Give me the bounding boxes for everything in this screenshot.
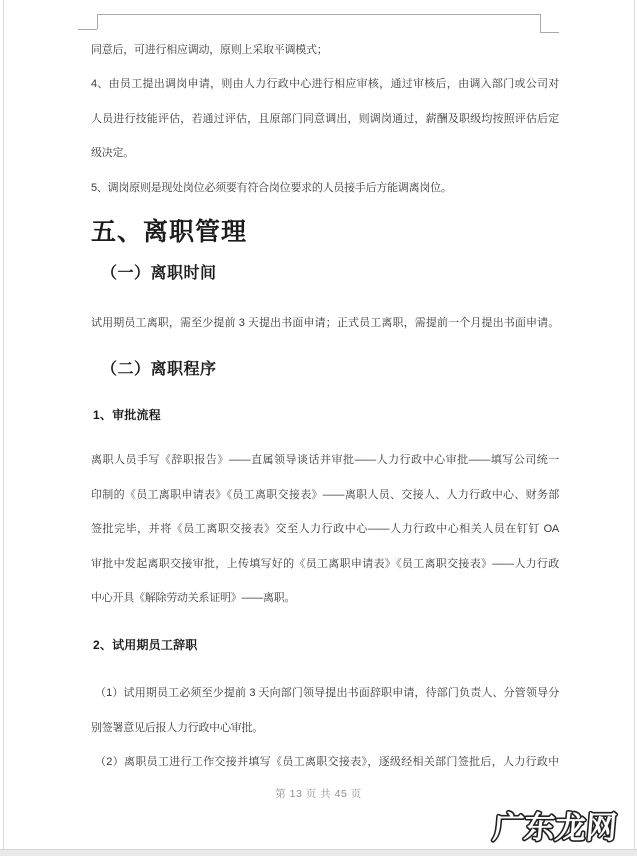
page-footer: 第 13 页 共 45 页 bbox=[0, 786, 637, 801]
heading-resignation-time: （一）离职时间 bbox=[101, 263, 559, 285]
text-boundary-corner-left-v bbox=[97, 14, 98, 29]
text-line: 人员进行技能评估，若通过评估，且原部门同意调出，则调岗通过，薪酬及职级均按照评估… bbox=[91, 102, 559, 136]
heading-approval-process: 1、审批流程 bbox=[93, 407, 559, 424]
para-probation-resignation-1: （1）试用期员工必须至少提前 3 天向部门领导提出书面辞职申请，待部门负责人、分… bbox=[91, 676, 559, 745]
text-line: 4、由员工提出调岗申请，则由人力行政中心进行相应审核，通过审核后，由调入部门或公… bbox=[91, 67, 559, 101]
page-number-indicator: 第 13 页 共 45 页 bbox=[275, 788, 361, 800]
text-boundary-corner-left-tick bbox=[78, 29, 97, 30]
text-line: 别签署意见后报人力行政中心审批。 bbox=[91, 711, 559, 745]
page-left-edge bbox=[3, 0, 4, 849]
text-line: 试用期员工离职，需至少提前 3 天提出书面申请；正式员工离职，需提前一个月提出书… bbox=[91, 306, 559, 340]
text-line: （1）试用期员工必须至少提前 3 天向部门领导提出书面辞职申请，待部门负责人、分… bbox=[91, 676, 559, 710]
page-right-edge bbox=[634, 0, 635, 849]
para-transfer-principle: 5、调岗原则是现处岗位必须要有符合岗位要求的人员接手后方能调离岗位。 bbox=[91, 171, 559, 205]
text-line: 5、调岗原则是现处岗位必须要有符合岗位要求的人员接手后方能调离岗位。 bbox=[91, 171, 559, 205]
heading-resignation-management: 五、离职管理 bbox=[91, 216, 559, 248]
watermark-text: 广东龙网 bbox=[491, 810, 618, 845]
text-boundary-top-line bbox=[97, 14, 540, 15]
text-line: 中心开具《解除劳动关系证明》——离职。 bbox=[91, 581, 559, 615]
document-page: 同意后，可进行相应调动，原则上采取平调模式；4、由员工提出调岗申请，则由人力行政… bbox=[0, 0, 637, 856]
para-probation-resignation-2: （2）离职员工进行工作交接并填写《员工离职交接表》，逐级经相关部门签批后，人力行… bbox=[91, 745, 559, 779]
text-line: 印制的《员工离职申请表》《员工离职交接表》——离职人员、交接人、人力行政中心、财… bbox=[91, 478, 559, 512]
para-approval-process: 离职人员手写《辞职报告》——直属领导谈话并审批——人力行政中心审批——填写公司统… bbox=[91, 443, 559, 615]
para-transfer-application: 4、由员工提出调岗申请，则由人力行政中心进行相应审核，通过审核后，由调入部门或公… bbox=[91, 67, 559, 170]
watermark-graphic: 广东龙网 bbox=[490, 804, 624, 850]
text-line: 签批完毕，并将《员工离职交接表》交至人力行政中心——人力行政中心相关人员在钉钉 … bbox=[91, 512, 559, 546]
para-transfer-agreement: 同意后，可进行相应调动，原则上采取平调模式； bbox=[91, 33, 559, 67]
heading-resignation-procedure: （二）离职程序 bbox=[101, 359, 559, 381]
text-line: 级决定。 bbox=[91, 136, 559, 170]
heading-probation-resignation: 2、试用期员工辞职 bbox=[93, 637, 559, 654]
watermark: 广东龙网 bbox=[490, 804, 624, 850]
document-body: 同意后，可进行相应调动，原则上采取平调模式；4、由员工提出调岗申请，则由人力行政… bbox=[91, 33, 559, 780]
page-bottom-gap bbox=[0, 849, 637, 856]
text-line: 审批中发起离职交接审批，上传填写好的《员工离职申请表》《员工离职交接表》——人力… bbox=[91, 547, 559, 581]
text-line: 离职人员手写《辞职报告》——直属领导谈话并审批——人力行政中心审批——填写公司统… bbox=[91, 443, 559, 477]
para-resignation-time: 试用期员工离职，需至少提前 3 天提出书面申请；正式员工离职，需提前一个月提出书… bbox=[91, 306, 559, 340]
text-boundary-corner-right-v bbox=[540, 14, 541, 32]
text-line: 同意后，可进行相应调动，原则上采取平调模式； bbox=[91, 33, 559, 67]
text-line: （2）离职员工进行工作交接并填写《员工离职交接表》，逐级经相关部门签批后，人力行… bbox=[91, 745, 559, 779]
